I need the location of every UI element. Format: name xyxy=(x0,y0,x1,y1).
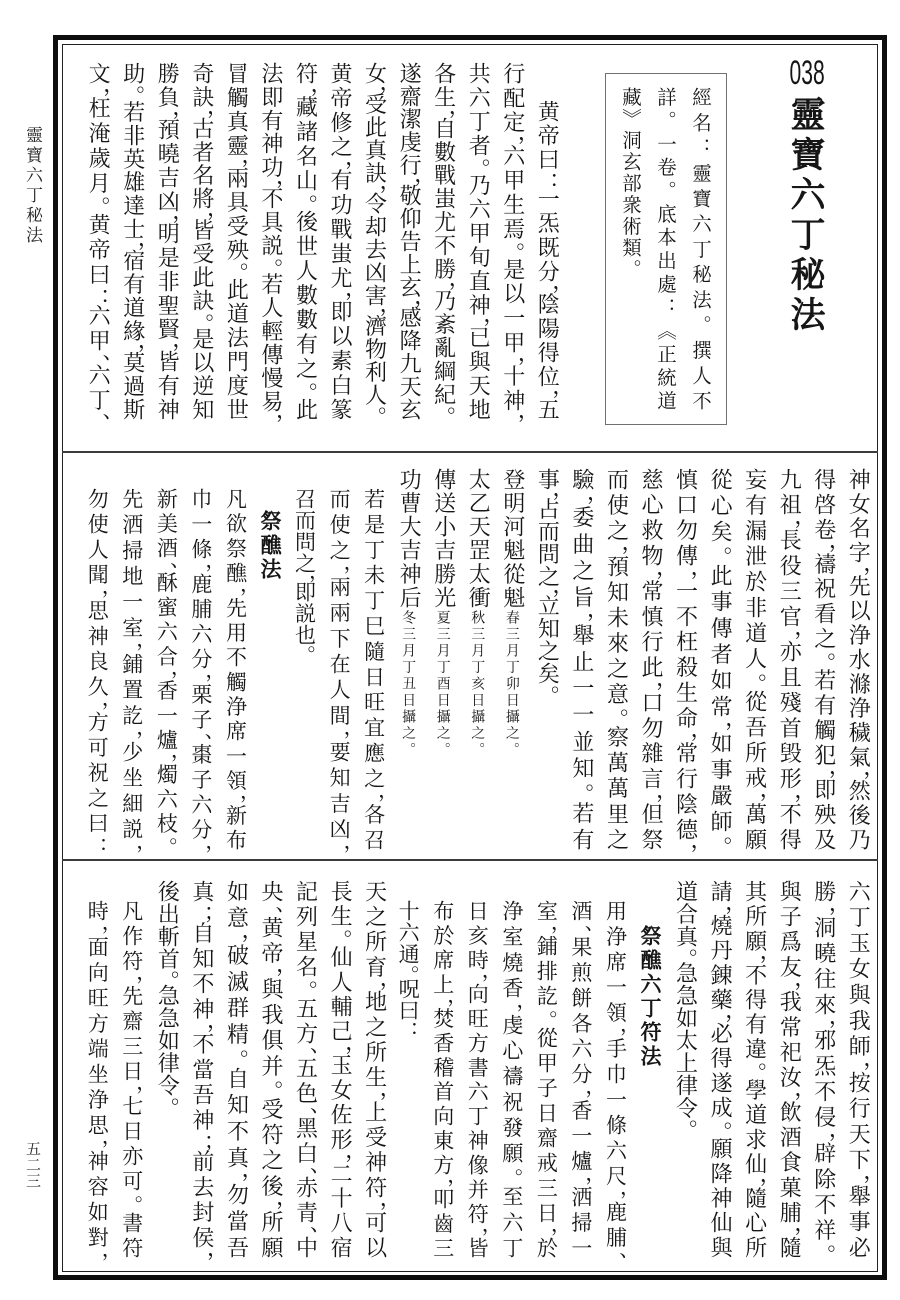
text-column: 新美酒、酥蜜六合，香一爐，燭六枝。 xyxy=(149,488,184,850)
text-column: 其所願，不得有違。學道求仙，隨心所 xyxy=(736,880,771,1258)
text-column: 用浄席一領，手巾一條六尺，鹿脯、 xyxy=(598,900,633,1258)
scripture-info-box: 經名：靈寶六丁秘法。撰人不 詳。一卷。底本出處：《正統道 藏》洞玄部衆術類。 xyxy=(605,73,727,425)
running-head: 靈寶六丁秘法 xyxy=(14,126,50,266)
text-column: 先洒掃地一室，鋪置訖，少坐細説， xyxy=(114,488,149,850)
text-column: 若是丁未丁巳隨日旺宜應之，各召 xyxy=(356,488,391,850)
info-box-line: 詳。一卷。底本出處：《正統道 xyxy=(648,87,683,410)
section-divider xyxy=(62,451,878,453)
text-column: 日亥時，向旺方書六丁神像并符，皆 xyxy=(460,900,495,1258)
text-column: 冒觸真靈，兩具受殃。此道法門度世 xyxy=(218,62,253,420)
text-column: 浄室燒香，虔心禱祝發願。至六丁 xyxy=(494,900,529,1258)
text-column: 文，枉淹歲月。黄帝曰：六甲、六丁、 xyxy=(80,62,115,420)
scripture-title: 靈寶六丁秘法 xyxy=(785,96,825,346)
text-column: 巾一條，鹿脯六分，栗子、棗子六分， xyxy=(183,488,218,850)
interlinear-note: 春三月丁卯日攝之。 xyxy=(504,610,520,753)
text-column: 六丁玉女與我師，按行天下，舉事必 xyxy=(840,880,875,1258)
text-column: 黄帝曰：一炁既分，陰陽得位，五 xyxy=(529,100,564,420)
info-box-line: 經名：靈寶六丁秘法。撰人不 xyxy=(683,87,718,410)
text-column: 與子爲友，我常祀汝，飲酒食菓脯，隨 xyxy=(771,880,806,1258)
text-column: 凡作符，先齋三日，七日亦可。書符 xyxy=(114,900,149,1258)
text-column: 從心矣。此事傳者如常，如事嚴師。 xyxy=(702,468,737,850)
text-column: 事，占而問之，立知之矣。 xyxy=(529,468,564,850)
text-column: 助。若非英雄達士，宿有道緣，莫過斯 xyxy=(114,62,149,420)
text-column: 真；自知不神，不當吾神；前去封侯， xyxy=(183,880,218,1258)
interlinear-note: 秋三月丁亥日攝之。 xyxy=(469,610,485,753)
text-column: 而使之，預知未來之意。察萬萬里之 xyxy=(598,468,633,850)
text-column-annotated: 登明河魁從魁春三月丁卯日攝之。 xyxy=(494,468,529,850)
text-column: 勿使人聞，思神良久，方可祝之曰： xyxy=(80,488,115,850)
text-column-annotated: 傳送小吉勝光夏三月丁酉日攝之。 xyxy=(425,468,460,850)
text-column: 妄有漏泄於非道人。從吾所戒，萬願 xyxy=(736,468,771,850)
text-column: 女，受此真訣，令却去凶害，濟物利人。 xyxy=(356,62,391,420)
text-column: 天之所育，地之所生，上受神符，可以 xyxy=(356,880,391,1258)
text-column: 室，鋪排訖。從甲子日齋戒三日，於 xyxy=(529,900,564,1258)
text-column: 得啓卷，禱祝看之。若有觸犯，即殃及 xyxy=(805,468,840,850)
text-column-annotated: 功曹大吉神后冬三月丁丑日攝之。 xyxy=(391,468,426,850)
column-main-text: 太乙天罡太衝 xyxy=(465,468,490,610)
text-column: 布於席上，焚香稽首向東方，叩齒三 xyxy=(425,900,460,1258)
text-column: 時，面向旺方端坐浄思，神容如對， xyxy=(80,900,115,1258)
text-column: 後出斬首。急急如律令。 xyxy=(149,880,184,1258)
text-column: 十六通。呪曰： xyxy=(391,900,426,1258)
column-main-text: 功曹大吉神后 xyxy=(396,468,421,610)
column-main-text: 登明河魁從魁 xyxy=(500,468,525,610)
text-column: 黄帝修之，有功戰蚩尤，即以素白篆 xyxy=(321,62,356,420)
interlinear-note: 冬三月丁丑日攝之。 xyxy=(400,610,416,753)
text-column: 九祖，長役三官，亦且殘首毁形，不得 xyxy=(771,468,806,850)
text-column: 共六丁者。乃六甲旬直神，已與天地 xyxy=(460,62,495,420)
section-divider xyxy=(62,859,878,861)
text-column: 奇訣，古者名將，皆受此訣。是以逆知 xyxy=(183,62,218,420)
text-column: 長生。仙人輔己，玉女佐形，二十八宿 xyxy=(322,880,357,1258)
text-column: 符，藏諸名山。後世人數數有之。此 xyxy=(287,62,322,420)
text-block-lower: 六丁玉女與我師，按行天下，舉事必 勝，洞曉往來，邪炁不侵，辟除不祥。 與子爲友，… xyxy=(80,880,875,1258)
text-column: 勝，洞曉往來，邪炁不侵，辟除不祥。 xyxy=(805,880,840,1258)
text-column: 道合真。急急如太上律令。 xyxy=(667,880,702,1258)
text-column: 遂齋潔虔行，敬仰告上玄，感降九天玄 xyxy=(391,62,426,420)
text-column: 記列星名。五方、五色、黑白、赤青、中 xyxy=(287,880,322,1258)
text-column: 而使之，兩兩下在人間，要知吉凶， xyxy=(322,488,357,850)
interlinear-note: 夏三月丁酉日攝之。 xyxy=(435,610,451,753)
text-column: 凡欲祭醮，先用不觸浄席一領，新布 xyxy=(218,488,253,850)
text-column: 法即有神功，不具説。若人輕傳慢易， xyxy=(252,62,287,420)
text-column: 各生，自數戰蚩尤不勝，乃紊亂綱紀。 xyxy=(425,62,460,420)
column-main-text: 傳送小吉勝光 xyxy=(431,468,456,610)
text-column: 如意，破滅群精。自知不真，勿當吾 xyxy=(218,880,253,1258)
text-column: 慎口勿傳，一不枉殺生命，常行陰德， xyxy=(667,468,702,850)
page-number: 五二三 xyxy=(16,1141,50,1201)
text-column: 召而問之，即説也。 xyxy=(287,488,322,850)
text-column: 央、黄帝，與我俱并。受符之後，所願 xyxy=(252,880,287,1258)
text-column: 行配定，六甲生焉。是以一甲，十神， xyxy=(494,62,529,420)
text-block-upper: 黄帝曰：一炁既分，陰陽得位，五 行配定，六甲生焉。是以一甲，十神， 共六丁者。乃… xyxy=(80,62,564,420)
info-box-line: 藏》洞玄部衆術類。 xyxy=(613,87,648,410)
scripture-number: 038 xyxy=(790,57,821,91)
text-column: 酒、果煎餅各六分，香一爐，洒掃一 xyxy=(563,900,598,1258)
text-block-middle: 神女名字，先以浄水滌浄穢氣，然後乃 得啓卷，禱祝看之。若有觸犯，即殃及 九祖，長… xyxy=(80,468,875,850)
section-heading: 祭醮六丁符法 xyxy=(632,925,667,1258)
text-column: 請，燒丹錬藥，必得遂成。願降神仙與 xyxy=(702,880,737,1258)
text-column-annotated: 太乙天罡太衝秋三月丁亥日攝之。 xyxy=(460,468,495,850)
text-column: 神女名字，先以浄水滌浄穢氣，然後乃 xyxy=(840,468,875,850)
text-column: 勝負，預曉吉凶，明是非聖賢，皆有神 xyxy=(149,62,184,420)
section-heading: 祭醮法 xyxy=(252,510,287,850)
text-column: 慈心救物，常慎行此，口勿雜言，但祭 xyxy=(632,468,667,850)
text-column: 驗，委曲之旨，舉止一一並知。若有 xyxy=(563,468,598,850)
